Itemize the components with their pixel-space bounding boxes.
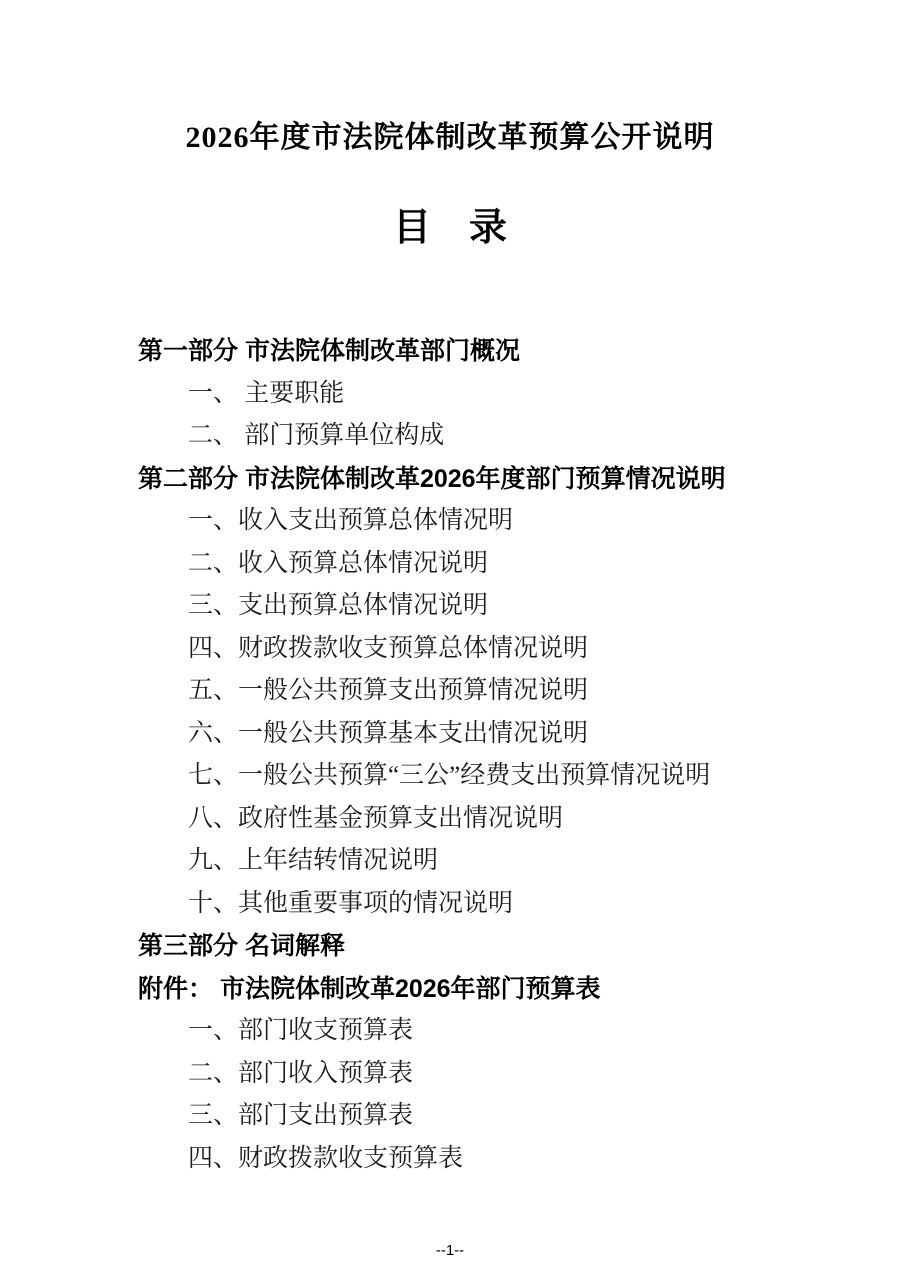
- toc-entry: 二、收入预算总体情况说明: [188, 543, 900, 586]
- toc-entry: 四、财政拨款收支预算总体情况说明: [188, 628, 900, 671]
- toc-entry: 八、政府性基金预算支出情况说明: [188, 798, 900, 841]
- toc-entry: 一、部门收支预算表: [188, 1010, 900, 1053]
- document-title: 2026年度市法院体制改革预算公开说明: [0, 0, 900, 156]
- toc-list: 第一部分 市法院体制改革部门概况 一、 主要职能 二、 部门预算单位构成 第二部…: [0, 330, 900, 1180]
- toc-entry: 六、一般公共预算基本支出情况说明: [188, 713, 900, 756]
- page-number: --1--: [0, 1242, 900, 1260]
- toc-entry: 四、财政拨款收支预算表: [188, 1138, 900, 1181]
- toc-entry: 三、支出预算总体情况说明: [188, 585, 900, 628]
- toc-entry: 七、一般公共预算“三公”经费支出预算情况说明: [188, 755, 900, 798]
- document-page: 2026年度市法院体制改革预算公开说明 目 录 第一部分 市法院体制改革部门概况…: [0, 0, 900, 1274]
- toc-section-heading: 第二部分 市法院体制改革2026年度部门预算情况说明: [138, 458, 900, 501]
- toc-entry: 二、 部门预算单位构成: [188, 415, 900, 458]
- toc-entry: 九、上年结转情况说明: [188, 840, 900, 883]
- toc-section-heading: 第三部分 名词解释: [138, 925, 900, 968]
- toc-heading: 目 录: [0, 206, 900, 250]
- toc-section-heading: 第一部分 市法院体制改革部门概况: [138, 330, 900, 373]
- toc-section-heading: 附件： 市法院体制改革2026年部门预算表: [138, 968, 900, 1011]
- toc-entry: 十、其他重要事项的情况说明: [188, 883, 900, 926]
- toc-entry: 一、 主要职能: [188, 373, 900, 416]
- toc-entry: 三、部门支出预算表: [188, 1095, 900, 1138]
- toc-entry: 二、部门收入预算表: [188, 1053, 900, 1096]
- toc-entry: 一、收入支出预算总体情况明: [188, 500, 900, 543]
- toc-entry: 五、一般公共预算支出预算情况说明: [188, 670, 900, 713]
